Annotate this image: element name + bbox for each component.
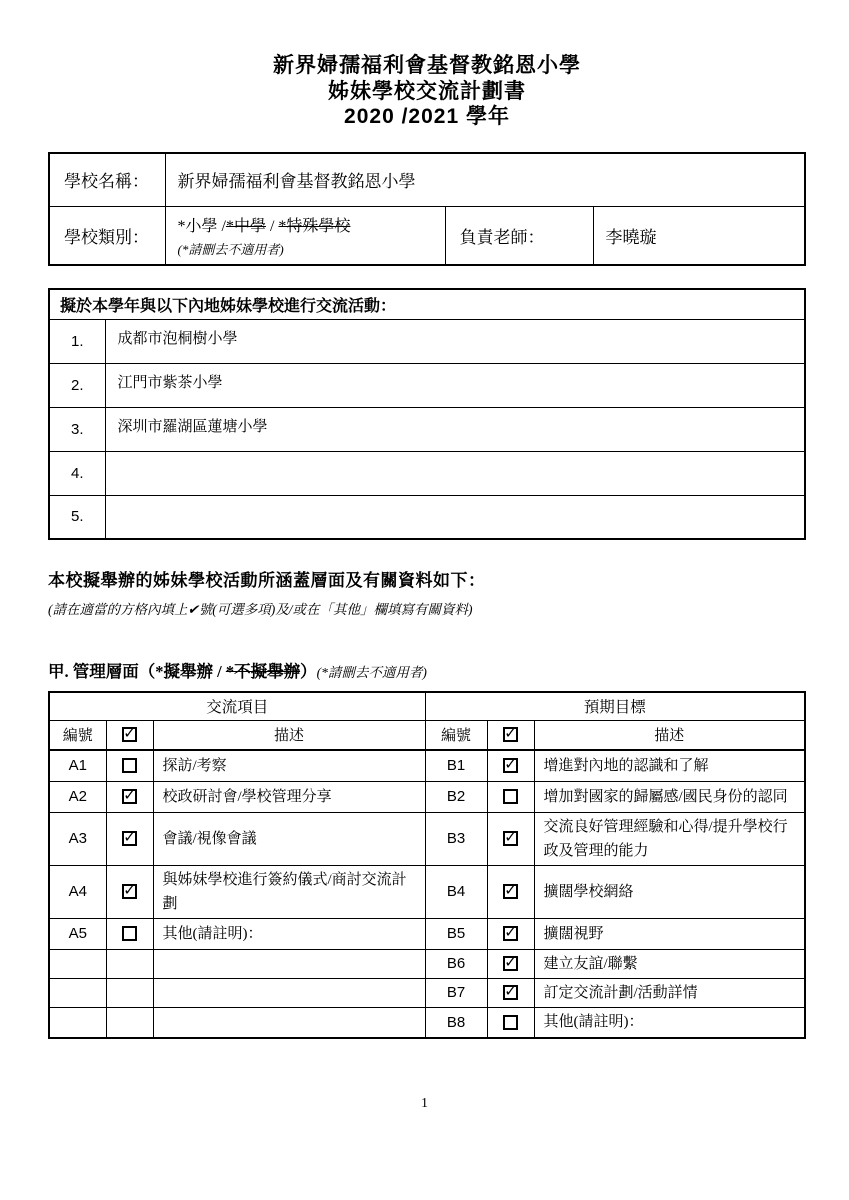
section-a-heading-suffix: ） <box>300 662 317 681</box>
item-id: A2 <box>49 781 106 812</box>
item-id: B8 <box>425 1007 487 1038</box>
section-a-heading-prefix: 甲. 管理層面（*擬舉辦 / <box>48 662 226 681</box>
row-number: 3. <box>49 407 105 451</box>
left-checkbox-header <box>106 720 153 750</box>
document-title: 新界婦孺福利會基督教銘恩小學 姊妹學校交流計劃書 2020 /2021 學年 <box>48 52 806 130</box>
table-row-b6: B6 建立友誼/聯繫 <box>49 949 805 978</box>
item-id: B3 <box>425 812 487 865</box>
item-id: A3 <box>49 812 106 865</box>
item-id: B2 <box>425 781 487 812</box>
item-id: B1 <box>425 750 487 781</box>
empty-cell <box>106 949 153 978</box>
checkbox-b5[interactable] <box>503 926 518 941</box>
row-number: 1. <box>49 319 105 363</box>
school-type-note: (*請刪去不適用者) <box>178 239 433 258</box>
empty-cell <box>153 1007 425 1038</box>
partner-school-name-empty <box>105 451 805 495</box>
item-desc: 增加對國家的歸屬感/國民身份的認同 <box>534 781 805 812</box>
item-id: A1 <box>49 750 106 781</box>
checkbox-header-icon <box>503 727 518 742</box>
column-header-row: 編號 描述 編號 描述 <box>49 720 805 750</box>
left-id-header: 編號 <box>49 720 106 750</box>
checkbox-header-icon <box>122 727 137 742</box>
school-type-row: 學校類別： *小學 /*中學 / *特殊學校 (*請刪去不適用者) 負責老師： … <box>49 206 805 265</box>
item-desc: 擴闊學校網絡 <box>534 865 805 918</box>
right-checkbox-header <box>487 720 534 750</box>
type-option-special-struck: *特殊學校 <box>278 218 350 235</box>
empty-cell <box>153 978 425 1007</box>
partner-school-row: 3. 深圳市羅湖區蓮塘小學 <box>49 407 805 451</box>
item-desc: 建立友誼/聯繫 <box>534 949 805 978</box>
partner-school-row: 5. <box>49 495 805 539</box>
school-type-label: 學校類別： <box>49 206 165 265</box>
group-header-row: 交流項目 預期目標 <box>49 692 805 720</box>
item-id: A5 <box>49 918 106 949</box>
partner-schools-header-row: 擬於本學年與以下內地姊妹學校進行交流活動： <box>49 289 805 320</box>
checkbox-a5[interactable] <box>122 926 137 941</box>
item-id: B4 <box>425 865 487 918</box>
table-row-a1-b1: A1 探訪/考察 B1 增進對內地的認識和了解 <box>49 750 805 781</box>
checkbox-b6[interactable] <box>503 956 518 971</box>
empty-cell <box>49 1007 106 1038</box>
checkbox-a1[interactable] <box>122 758 137 773</box>
checkbox-a2[interactable] <box>122 789 137 804</box>
title-line-1: 新界婦孺福利會基督教銘恩小學 <box>48 52 806 78</box>
school-name-row: 學校名稱： 新界婦孺福利會基督教銘恩小學 <box>49 153 805 206</box>
partner-school-row: 1. 成都市泡桐樹小學 <box>49 319 805 363</box>
item-desc: 探訪/考察 <box>153 750 425 781</box>
table-row-b8: B8 其他(請註明)： <box>49 1007 805 1038</box>
empty-cell <box>106 978 153 1007</box>
section-a-heading-struck: *不擬舉辦 <box>226 662 300 681</box>
partner-schools-header: 擬於本學年與以下內地姊妹學校進行交流活動： <box>49 289 805 320</box>
item-id: B5 <box>425 918 487 949</box>
school-info-table: 學校名稱： 新界婦孺福利會基督教銘恩小學 學校類別： *小學 /*中學 / *特… <box>48 152 806 266</box>
empty-cell <box>106 1007 153 1038</box>
item-checkbox-cell <box>487 1007 534 1038</box>
item-desc: 其他(請註明)： <box>153 918 425 949</box>
item-desc: 與姊妹學校進行簽約儀式/商討交流計劃 <box>153 865 425 918</box>
title-line-2: 姊妹學校交流計劃書 <box>48 78 806 104</box>
item-checkbox-cell <box>106 918 153 949</box>
checkbox-b3[interactable] <box>503 831 518 846</box>
item-checkbox-cell <box>487 978 534 1007</box>
right-desc-header: 描述 <box>534 720 805 750</box>
activities-intro-heading: 本校擬舉辦的姊妹學校活動所涵蓋層面及有關資料如下： <box>48 566 806 591</box>
partner-school-row: 2. 江門市紫茶小學 <box>49 363 805 407</box>
item-desc: 其他(請註明)： <box>534 1007 805 1038</box>
empty-cell <box>153 949 425 978</box>
partner-school-row: 4. <box>49 451 805 495</box>
checkbox-a4[interactable] <box>122 884 137 899</box>
empty-cell <box>49 949 106 978</box>
right-id-header: 編號 <box>425 720 487 750</box>
school-type-options: *小學 /*中學 / *特殊學校 <box>178 213 433 236</box>
section-a-heading: 甲. 管理層面（*擬舉辦 / *不擬舉辦）(*請刪去不適用者) <box>48 658 806 682</box>
table-row-a4-b4: A4 與姊妹學校進行簽約儀式/商討交流計劃 B4 擴闊學校網絡 <box>49 865 805 918</box>
type-option-primary: *小學 / <box>178 218 226 235</box>
partner-school-name: 成都市泡桐樹小學 <box>105 319 805 363</box>
partner-school-name: 深圳市羅湖區蓮塘小學 <box>105 407 805 451</box>
checkbox-b4[interactable] <box>503 884 518 899</box>
page-number: 1 <box>0 1096 849 1112</box>
partner-schools-table: 擬於本學年與以下內地姊妹學校進行交流活動： 1. 成都市泡桐樹小學 2. 江門市… <box>48 288 806 541</box>
school-name-value: 新界婦孺福利會基督教銘恩小學 <box>165 153 805 206</box>
empty-cell <box>49 978 106 1007</box>
item-id: B6 <box>425 949 487 978</box>
item-checkbox-cell <box>487 750 534 781</box>
item-checkbox-cell <box>106 812 153 865</box>
item-checkbox-cell <box>487 781 534 812</box>
section-a-heading-note: (*請刪去不適用者) <box>317 665 427 680</box>
checkbox-b8[interactable] <box>503 1015 518 1030</box>
school-type-value: *小學 /*中學 / *特殊學校 (*請刪去不適用者) <box>165 206 445 265</box>
checkbox-b1[interactable] <box>503 758 518 773</box>
item-id: B7 <box>425 978 487 1007</box>
item-desc: 擴闊視野 <box>534 918 805 949</box>
teacher-value: 李曉璇 <box>593 206 805 265</box>
row-number: 5. <box>49 495 105 539</box>
table-row-a3-b3: A3 會議/視像會議 B3 交流良好管理經驗和心得/提升學校行政及管理的能力 <box>49 812 805 865</box>
item-checkbox-cell <box>487 812 534 865</box>
document-page: 新界婦孺福利會基督教銘恩小學 姊妹學校交流計劃書 2020 /2021 學年 學… <box>0 0 849 1200</box>
type-option-secondary-struck: *中學 <box>226 218 266 235</box>
right-group-header: 預期目標 <box>425 692 805 720</box>
teacher-label: 負責老師： <box>445 206 593 265</box>
item-checkbox-cell <box>487 918 534 949</box>
item-checkbox-cell <box>487 865 534 918</box>
item-desc: 增進對內地的認識和了解 <box>534 750 805 781</box>
activities-intro-note: (請在適當的方格內填上✔號(可選多項)及/或在「其他」欄填寫有關資料) <box>48 598 806 618</box>
item-desc: 訂定交流計劃/活動詳情 <box>534 978 805 1007</box>
item-checkbox-cell <box>106 750 153 781</box>
section-a-table: 交流項目 預期目標 編號 描述 編號 描述 A1 探訪/考察 B1 增進對內地的… <box>48 691 806 1039</box>
partner-school-name: 江門市紫茶小學 <box>105 363 805 407</box>
item-checkbox-cell <box>106 865 153 918</box>
checkbox-b2[interactable] <box>503 789 518 804</box>
item-desc: 校政研討會/學校管理分享 <box>153 781 425 812</box>
item-id: A4 <box>49 865 106 918</box>
checkbox-a3[interactable] <box>122 831 137 846</box>
row-number: 2. <box>49 363 105 407</box>
type-option-separator: / <box>266 218 278 235</box>
item-desc: 交流良好管理經驗和心得/提升學校行政及管理的能力 <box>534 812 805 865</box>
item-desc: 會議/視像會議 <box>153 812 425 865</box>
school-name-label: 學校名稱： <box>49 153 165 206</box>
row-number: 4. <box>49 451 105 495</box>
left-group-header: 交流項目 <box>49 692 425 720</box>
left-desc-header: 描述 <box>153 720 425 750</box>
item-checkbox-cell <box>106 781 153 812</box>
table-row-b7: B7 訂定交流計劃/活動詳情 <box>49 978 805 1007</box>
table-row-a5-b5: A5 其他(請註明)： B5 擴闊視野 <box>49 918 805 949</box>
table-row-a2-b2: A2 校政研討會/學校管理分享 B2 增加對國家的歸屬感/國民身份的認同 <box>49 781 805 812</box>
partner-school-name-empty <box>105 495 805 539</box>
item-checkbox-cell <box>487 949 534 978</box>
title-line-3: 2020 /2021 學年 <box>48 104 806 130</box>
checkbox-b7[interactable] <box>503 985 518 1000</box>
